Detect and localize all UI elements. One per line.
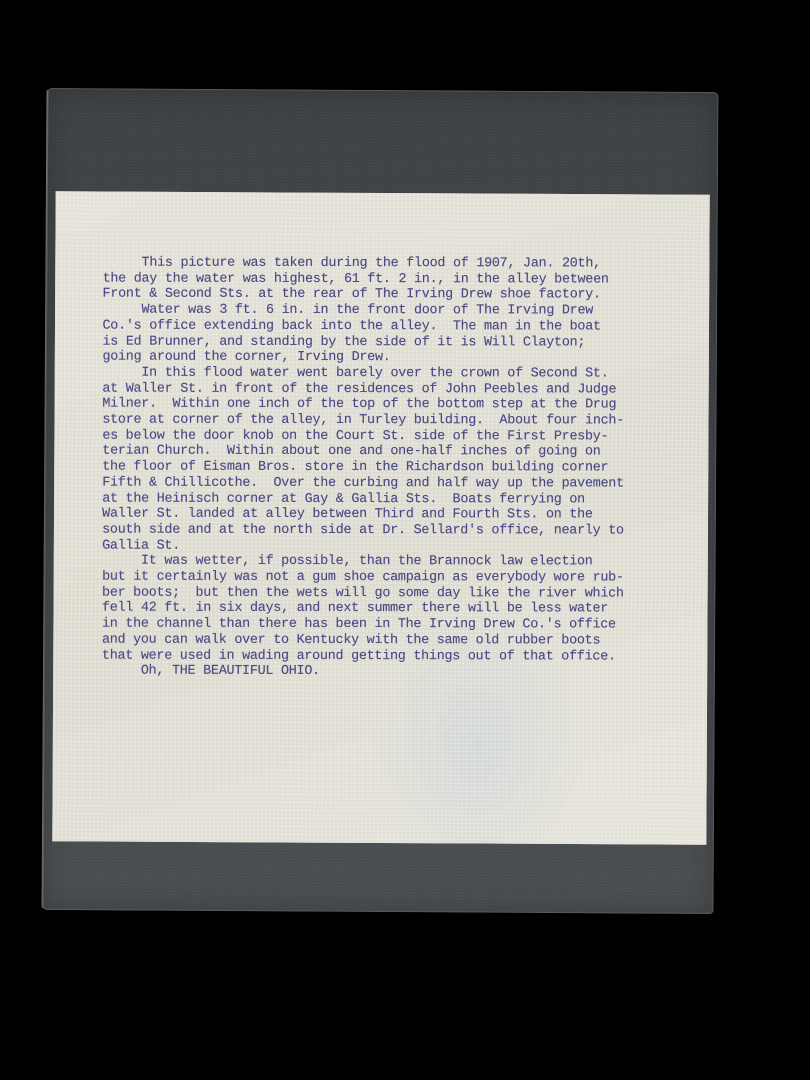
text-line: Co.'s office extending back into the all… <box>102 318 702 335</box>
text-line: Water was 3 ft. 6 in. in the front door … <box>103 303 703 320</box>
text-line: south side and at the north side at Dr. … <box>102 523 702 540</box>
text-line: the day the water was highest, 61 ft. 2 … <box>103 271 703 288</box>
text-line: at the Heinisch corner at Gay & Gallia S… <box>102 491 702 508</box>
text-line: that were used in wading around getting … <box>102 648 702 665</box>
text-line: It was wetter, if possible, than the Bra… <box>102 554 702 571</box>
text-line: Gallia St. <box>102 538 702 555</box>
text-line: ber boots; but then the wets will go som… <box>102 585 702 602</box>
text-line: the floor of Eisman Bros. store in the R… <box>102 460 702 477</box>
text-line: at Waller St. in front of the residences… <box>102 381 702 398</box>
text-line: Milner. Within one inch of the top of th… <box>102 397 702 414</box>
text-line: but it certainly was not a gum shoe camp… <box>102 570 702 587</box>
text-line: store at corner of the alley, in Turley … <box>102 413 702 430</box>
text-line: In this flood water went barely over the… <box>102 366 702 383</box>
text-line: and you can walk over to Kentucky with t… <box>102 632 702 649</box>
text-line: fell 42 ft. in six days, and next summer… <box>102 601 702 618</box>
text-line: in the channel than there has been in Th… <box>102 617 702 634</box>
text-line: Waller St. landed at alley between Third… <box>102 507 702 524</box>
text-line: Fifth & Chillicothe. Over the curbing an… <box>102 475 702 492</box>
typewritten-paper: This picture was taken during the flood … <box>52 191 709 844</box>
sign-off-line: Oh, THE BEAUTIFUL OHIO. <box>102 664 702 681</box>
typewritten-text: This picture was taken during the flood … <box>102 256 703 681</box>
text-line: es below the door knob on the Court St. … <box>102 428 702 445</box>
text-line: is Ed Brunner, and standing by the side … <box>102 334 702 351</box>
text-line: terian Church. Within about one and one-… <box>102 444 702 461</box>
text-line: This picture was taken during the flood … <box>103 256 703 273</box>
text-line: Front & Second Sts. at the rear of The I… <box>103 287 703 304</box>
text-line: going around the corner, Irving Drew. <box>102 350 702 367</box>
